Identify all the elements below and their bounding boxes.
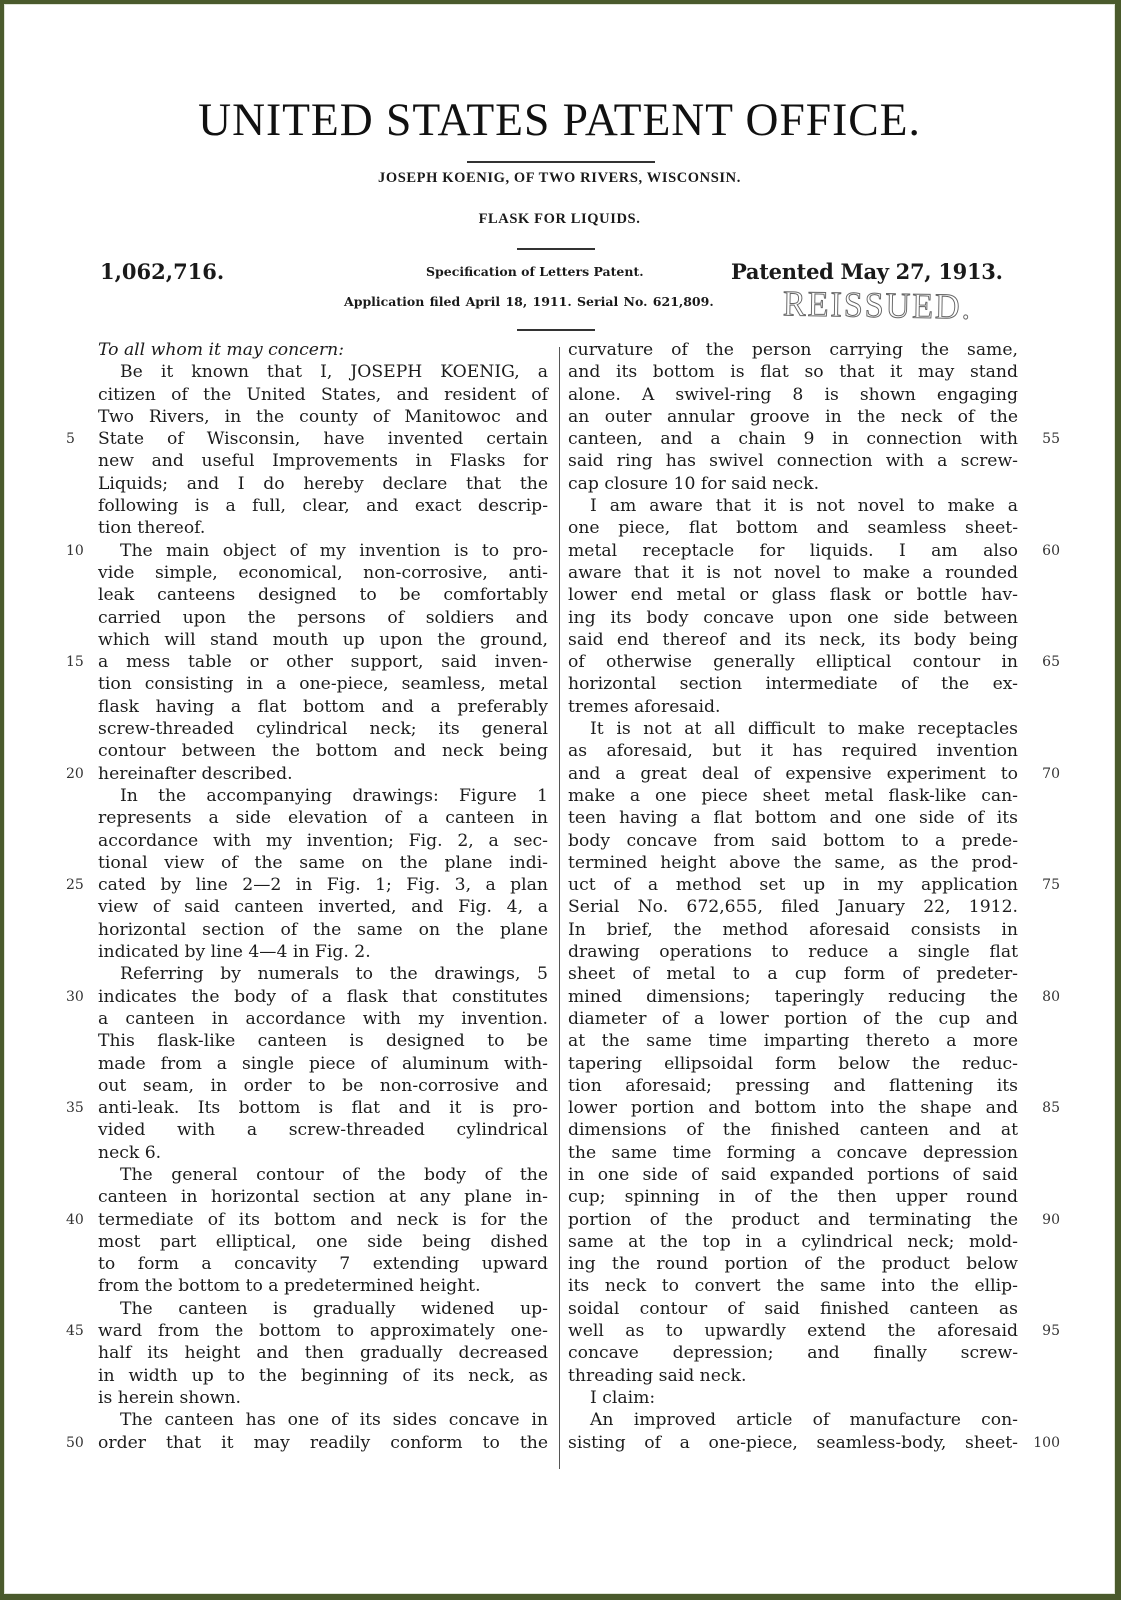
text-line: vide simple, economical, non-corrosive, …: [98, 562, 548, 584]
line-text: The canteen is gradually widened up-: [120, 1299, 548, 1319]
text-line: cated by line 2—2 in Fig. 1; Fig. 3, a p…: [98, 874, 548, 896]
text-line: body concave from said bottom to a prede…: [568, 830, 1018, 852]
text-line: said ring has swivel connection with a s…: [568, 450, 1018, 472]
line-text: To all whom it may concern:: [98, 340, 344, 360]
line-text: soidal contour of said finished canteen …: [568, 1299, 1018, 1319]
text-line: made from a single piece of aluminum wit…: [98, 1053, 548, 1075]
line-number: 30: [66, 986, 84, 1008]
text-line: lower portion and bottom into the shape …: [568, 1097, 1018, 1119]
text-line: as aforesaid, but it has required invent…: [568, 740, 1018, 762]
line-text: to form a concavity 7 extending upward: [98, 1254, 548, 1274]
line-text: order that it may readily conform to the: [98, 1433, 548, 1453]
text-line: The canteen is gradually widened up-: [98, 1298, 548, 1320]
text-line: tapering ellipsoidal form below the redu…: [568, 1053, 1018, 1075]
line-text: represents a side elevation of a canteen…: [98, 808, 548, 828]
text-line: Referring by numerals to the drawings, 5: [98, 963, 548, 985]
left-column: To all whom it may concern:Be it known t…: [98, 339, 548, 1454]
text-line: tion aforesaid; pressing and flattening …: [568, 1075, 1018, 1097]
line-text: An improved article of manufacture con-: [590, 1410, 1018, 1430]
line-text: said ring has swivel connection with a s…: [568, 451, 1018, 471]
text-line: This flask-like canteen is designed to b…: [98, 1030, 548, 1052]
text-line: is herein shown.: [98, 1387, 548, 1409]
line-number: 45: [66, 1320, 84, 1342]
text-line: citizen of the United States, and reside…: [98, 384, 548, 406]
line-text: diameter of a lower portion of the cup a…: [568, 1009, 1018, 1029]
line-number: 100: [1033, 1432, 1060, 1454]
text-line: concave depression; and finally screw-: [568, 1342, 1018, 1364]
line-text: aware that it is not novel to make a rou…: [568, 563, 1018, 583]
text-line: horizontal section intermediate of the e…: [568, 673, 1018, 695]
line-number: 95: [1042, 1320, 1060, 1342]
header-rule: [517, 329, 595, 331]
line-text: Referring by numerals to the drawings, 5: [120, 964, 548, 984]
line-text: dimensions of the finished canteen and a…: [568, 1120, 1018, 1140]
line-text: body concave from said bottom to a prede…: [568, 831, 1018, 851]
line-text: State of Wisconsin, have invented certai…: [98, 429, 548, 449]
line-text: sheet of metal to a cup form of predeter…: [568, 964, 1018, 984]
text-line: In the accompanying drawings: Figure 1: [98, 785, 548, 807]
text-line: teen having a flat bottom and one side o…: [568, 807, 1018, 829]
text-line: view of said canteen inverted, and Fig. …: [98, 896, 548, 918]
text-line: make a one piece sheet metal flask-like …: [568, 785, 1018, 807]
text-line: ing its body concave upon one side betwe…: [568, 607, 1018, 629]
text-line: tion consisting in a one-piece, seamless…: [98, 673, 548, 695]
line-text: anti-leak. Its bottom is flat and it is …: [98, 1098, 548, 1118]
line-text: most part elliptical, one side being dis…: [98, 1232, 548, 1252]
line-text: metal receptacle for liquids. I am also: [568, 541, 1018, 561]
line-text: carried upon the persons of soldiers and: [98, 608, 548, 628]
text-line: accordance with my invention; Fig. 2, a …: [98, 830, 548, 852]
line-text: uct of a method set up in my application: [568, 875, 1018, 895]
text-line: anti-leak. Its bottom is flat and it is …: [98, 1097, 548, 1119]
text-line: Liquids; and I do hereby declare that th…: [98, 473, 548, 495]
line-text: alone. A swivel-ring 8 is shown engaging: [568, 385, 1018, 405]
line-text: well as to upwardly extend the aforesaid: [568, 1321, 1018, 1341]
line-number: 20: [66, 763, 84, 785]
text-line: hereinafter described.20: [98, 763, 548, 785]
line-text: made from a single piece of aluminum wit…: [98, 1054, 548, 1074]
line-text: mined dimensions; taperingly reducing th…: [568, 987, 1018, 1007]
text-line: portion of the product and terminating t…: [568, 1209, 1018, 1231]
line-text: in one side of said expanded portions of…: [568, 1165, 1018, 1185]
line-text: the same time forming a concave depressi…: [568, 1143, 1018, 1163]
text-line: Serial No. 672,655, filed January 22, 19…: [568, 896, 1018, 918]
line-text: termined height above the same, as the p…: [568, 853, 1018, 873]
line-number: 60: [1042, 540, 1060, 562]
text-line: termined height above the same, as the p…: [568, 852, 1018, 874]
line-text: new and useful Improvements in Flasks fo…: [98, 451, 548, 471]
line-text: horizontal section intermediate of the e…: [568, 674, 1018, 694]
text-line: from the bottom to a predetermined heigh…: [98, 1275, 548, 1297]
line-number: 15: [66, 651, 84, 673]
text-line: and its bottom is flat so that it may st…: [568, 361, 1018, 383]
line-text: contour between the bottom and neck bein…: [98, 741, 548, 761]
text-line: of otherwise generally elliptical contou…: [568, 651, 1018, 673]
line-text: The canteen has one of its sides concave…: [120, 1410, 548, 1430]
subject-rule: [517, 248, 595, 250]
line-number: 55: [1042, 428, 1060, 450]
line-text: curvature of the person carrying the sam…: [568, 340, 1018, 360]
office-title: UNITED STATES PATENT OFFICE.: [22, 93, 1098, 147]
text-line: Be it known that I, JOSEPH KOENIG, a: [98, 361, 548, 383]
line-text: ward from the bottom to approximately on…: [98, 1321, 548, 1341]
text-line: represents a side elevation of a canteen…: [98, 807, 548, 829]
line-number: 5: [66, 428, 75, 450]
text-line: tion thereof.: [98, 517, 548, 539]
text-line: half its height and then gradually decre…: [98, 1342, 548, 1364]
text-line: carried upon the persons of soldiers and: [98, 607, 548, 629]
line-text: leak canteens designed to be comfortably: [98, 585, 548, 605]
text-line: cap closure 10 for said neck.: [568, 473, 1018, 495]
line-text: tion aforesaid; pressing and flattening …: [568, 1076, 1018, 1096]
text-line: screw-threaded cylindrical neck; its gen…: [98, 718, 548, 740]
line-text: flask having a flat bottom and a prefera…: [98, 697, 548, 717]
text-line: diameter of a lower portion of the cup a…: [568, 1008, 1018, 1030]
line-text: accordance with my invention; Fig. 2, a …: [98, 831, 548, 851]
text-line: order that it may readily conform to the…: [98, 1432, 548, 1454]
line-text: lower end metal or glass flask or bottle…: [568, 585, 1018, 605]
line-text: I am aware that it is not novel to make …: [590, 496, 1018, 516]
text-line: soidal contour of said finished canteen …: [568, 1298, 1018, 1320]
text-line: well as to upwardly extend the aforesaid…: [568, 1320, 1018, 1342]
line-text: neck 6.: [98, 1143, 161, 1163]
text-line: termediate of its bottom and neck is for…: [98, 1209, 548, 1231]
line-text: ing its body concave upon one side betwe…: [568, 608, 1018, 628]
line-text: Liquids; and I do hereby declare that th…: [98, 474, 548, 494]
line-text: teen having a flat bottom and one side o…: [568, 808, 1018, 828]
text-line: canteen in horizontal section at any pla…: [98, 1186, 548, 1208]
line-text: I claim:: [590, 1388, 655, 1408]
line-text: tapering ellipsoidal form below the redu…: [568, 1054, 1018, 1074]
text-line: a mess table or other support, said inve…: [98, 651, 548, 673]
line-text: ing the round portion of the product bel…: [568, 1254, 1018, 1274]
text-line: horizontal section of the same on the pl…: [98, 919, 548, 941]
line-text: of otherwise generally elliptical contou…: [568, 652, 1018, 672]
text-line: at the same time imparting thereto a mor…: [568, 1030, 1018, 1052]
line-number: 90: [1042, 1209, 1060, 1231]
line-text: canteen in horizontal section at any pla…: [98, 1187, 548, 1207]
text-line: its neck to convert the same into the el…: [568, 1275, 1018, 1297]
line-text: same at the top in a cylindrical neck; m…: [568, 1232, 1018, 1252]
text-line: tremes aforesaid.: [568, 696, 1018, 718]
text-line: drawing operations to reduce a single fl…: [568, 941, 1018, 963]
line-text: drawing operations to reduce a single fl…: [568, 942, 1018, 962]
line-text: termediate of its bottom and neck is for…: [98, 1210, 548, 1230]
line-number: 70: [1042, 763, 1060, 785]
line-text: is herein shown.: [98, 1388, 241, 1408]
text-line: canteen, and a chain 9 in connection wit…: [568, 428, 1018, 450]
text-line: alone. A swivel-ring 8 is shown engaging: [568, 384, 1018, 406]
line-text: It is not at all difficult to make recep…: [590, 719, 1018, 739]
text-line: the same time forming a concave depressi…: [568, 1142, 1018, 1164]
line-text: from the bottom to a predetermined heigh…: [98, 1276, 481, 1296]
column-divider: [559, 347, 560, 1469]
line-number: 85: [1042, 1097, 1060, 1119]
text-line: flask having a flat bottom and a prefera…: [98, 696, 548, 718]
text-line: The general contour of the body of the: [98, 1164, 548, 1186]
text-line: said end thereof and its neck, its body …: [568, 629, 1018, 651]
line-text: screw-threaded cylindrical neck; its gen…: [98, 719, 548, 739]
line-text: which will stand mouth up upon the groun…: [98, 630, 548, 650]
text-line: dimensions of the finished canteen and a…: [568, 1119, 1018, 1141]
text-line: curvature of the person carrying the sam…: [568, 339, 1018, 361]
line-text: tion thereof.: [98, 518, 205, 538]
text-line: following is a full, clear, and exact de…: [98, 495, 548, 517]
line-text: make a one piece sheet metal flask-like …: [568, 786, 1018, 806]
text-line: I claim:: [568, 1387, 1018, 1409]
line-text: tremes aforesaid.: [568, 697, 720, 717]
text-line: aware that it is not novel to make a rou…: [568, 562, 1018, 584]
line-number: 40: [66, 1209, 84, 1231]
text-line: one piece, flat bottom and seamless shee…: [568, 517, 1018, 539]
text-line: An improved article of manufacture con-: [568, 1409, 1018, 1431]
text-line: vided with a screw-threaded cylindrical: [98, 1119, 548, 1141]
text-line: It is not at all difficult to make recep…: [568, 718, 1018, 740]
title-rule: [467, 161, 655, 163]
text-line: lower end metal or glass flask or bottle…: [568, 584, 1018, 606]
text-line: metal receptacle for liquids. I am also6…: [568, 540, 1018, 562]
text-line: I am aware that it is not novel to make …: [568, 495, 1018, 517]
line-text: at the same time imparting thereto a mor…: [568, 1031, 1018, 1051]
line-text: In brief, the method aforesaid consists …: [568, 920, 1018, 940]
line-text: view of said canteen inverted, and Fig. …: [98, 897, 548, 917]
text-line: ing the round portion of the product bel…: [568, 1253, 1018, 1275]
line-text: cap closure 10 for said neck.: [568, 474, 819, 494]
line-text: following is a full, clear, and exact de…: [98, 496, 548, 516]
specification-label: Specification of Letters Patent.: [426, 264, 644, 279]
text-line: indicated by line 4—4 in Fig. 2.: [98, 941, 548, 963]
line-text: This flask-like canteen is designed to b…: [98, 1031, 548, 1051]
text-line: in one side of said expanded portions of…: [568, 1164, 1018, 1186]
line-text: threading said neck.: [568, 1366, 746, 1386]
text-line: leak canteens designed to be comfortably: [98, 584, 548, 606]
invention-subject: FLASK FOR LIQUIDS.: [5, 211, 1114, 228]
line-text: indicates the body of a flask that const…: [98, 987, 548, 1007]
text-line: most part elliptical, one side being dis…: [98, 1231, 548, 1253]
line-text: canteen, and a chain 9 in connection wit…: [568, 429, 1018, 449]
text-line: The canteen has one of its sides concave…: [98, 1409, 548, 1431]
line-text: its neck to convert the same into the el…: [568, 1276, 1018, 1296]
text-line: sheet of metal to a cup form of predeter…: [568, 963, 1018, 985]
line-text: concave depression; and finally screw-: [568, 1343, 1018, 1363]
text-line: contour between the bottom and neck bein…: [98, 740, 548, 762]
line-text: Be it known that I, JOSEPH KOENIG, a: [120, 362, 548, 382]
line-text: indicated by line 4—4 in Fig. 2.: [98, 942, 371, 962]
line-text: In the accompanying drawings: Figure 1: [120, 786, 548, 806]
text-line: indicates the body of a flask that const…: [98, 986, 548, 1008]
line-text: an outer annular groove in the neck of t…: [568, 407, 1018, 427]
line-text: lower portion and bottom into the shape …: [568, 1098, 1018, 1118]
line-text: tional view of the same on the plane ind…: [98, 853, 548, 873]
line-text: The general contour of the body of the: [120, 1165, 548, 1185]
line-text: one piece, flat bottom and seamless shee…: [568, 518, 1018, 538]
right-column: curvature of the person carrying the sam…: [568, 339, 1018, 1454]
text-line: mined dimensions; taperingly reducing th…: [568, 986, 1018, 1008]
line-text: said end thereof and its neck, its body …: [568, 630, 1018, 650]
line-text: citizen of the United States, and reside…: [98, 385, 548, 405]
line-text: The main object of my invention is to pr…: [120, 541, 548, 561]
line-text: horizontal section of the same on the pl…: [98, 920, 548, 940]
line-number: 50: [66, 1432, 84, 1454]
line-text: portion of the product and terminating t…: [568, 1210, 1018, 1230]
text-line: in width up to the beginning of its neck…: [98, 1365, 548, 1387]
text-line: threading said neck.: [568, 1365, 1018, 1387]
text-line: out seam, in order to be non-corrosive a…: [98, 1075, 548, 1097]
line-text: cup; spinning in of the then upper round: [568, 1187, 1018, 1207]
text-line: uct of a method set up in my application…: [568, 874, 1018, 896]
text-line: The main object of my invention is to pr…: [98, 540, 548, 562]
line-number: 35: [66, 1097, 84, 1119]
line-text: hereinafter described.: [98, 764, 293, 784]
text-line: and a great deal of expensive experiment…: [568, 763, 1018, 785]
line-text: a mess table or other support, said inve…: [98, 652, 548, 672]
line-text: Serial No. 672,655, filed January 22, 19…: [568, 897, 1018, 917]
line-number: 10: [66, 540, 84, 562]
line-text: and its bottom is flat so that it may st…: [568, 362, 1018, 382]
reissued-stamp: REISSUED.: [783, 282, 973, 327]
line-text: vided with a screw-threaded cylindrical: [98, 1120, 548, 1140]
line-text: out seam, in order to be non-corrosive a…: [98, 1076, 548, 1096]
line-number: 80: [1042, 986, 1060, 1008]
line-text: as aforesaid, but it has required invent…: [568, 741, 1018, 761]
text-line: an outer annular groove in the neck of t…: [568, 406, 1018, 428]
text-line: same at the top in a cylindrical neck; m…: [568, 1231, 1018, 1253]
text-line: In brief, the method aforesaid consists …: [568, 919, 1018, 941]
text-line: ward from the bottom to approximately on…: [98, 1320, 548, 1342]
line-text: vide simple, economical, non-corrosive, …: [98, 563, 548, 583]
text-line: a canteen in accordance with my inventio…: [98, 1008, 548, 1030]
text-line: Two Rivers, in the county of Manitowoc a…: [98, 406, 548, 428]
line-text: sisting of a one-piece, seamless-body, s…: [568, 1433, 1018, 1453]
inventor-line: JOSEPH KOENIG, OF TWO RIVERS, WISCONSIN.: [5, 170, 1114, 187]
text-line: tional view of the same on the plane ind…: [98, 852, 548, 874]
line-number: 25: [66, 874, 84, 896]
line-number: 75: [1042, 874, 1060, 896]
line-text: cated by line 2—2 in Fig. 1; Fig. 3, a p…: [98, 875, 548, 895]
line-text: Two Rivers, in the county of Manitowoc a…: [98, 407, 548, 427]
patented-date: Patented May 27, 1913.: [731, 259, 1003, 284]
line-number: 65: [1042, 651, 1060, 673]
text-line: To all whom it may concern:: [98, 339, 548, 361]
line-text: in width up to the beginning of its neck…: [98, 1366, 548, 1386]
text-line: neck 6.: [98, 1142, 548, 1164]
line-text: and a great deal of expensive experiment…: [568, 764, 1018, 784]
line-text: tion consisting in a one-piece, seamless…: [98, 674, 548, 694]
application-filed: Application filed April 18, 1911. Serial…: [344, 294, 714, 309]
line-text: half its height and then gradually decre…: [98, 1343, 548, 1363]
line-text: a canteen in accordance with my inventio…: [98, 1009, 548, 1029]
patent-page: UNITED STATES PATENT OFFICE. JOSEPH KOEN…: [4, 4, 1115, 1594]
text-line: which will stand mouth up upon the groun…: [98, 629, 548, 651]
text-line: new and useful Improvements in Flasks fo…: [98, 450, 548, 472]
text-line: State of Wisconsin, have invented certai…: [98, 428, 548, 450]
text-line: to form a concavity 7 extending upward: [98, 1253, 548, 1275]
text-line: sisting of a one-piece, seamless-body, s…: [568, 1432, 1018, 1454]
patent-number: 1,062,716.: [100, 259, 224, 284]
text-line: cup; spinning in of the then upper round: [568, 1186, 1018, 1208]
